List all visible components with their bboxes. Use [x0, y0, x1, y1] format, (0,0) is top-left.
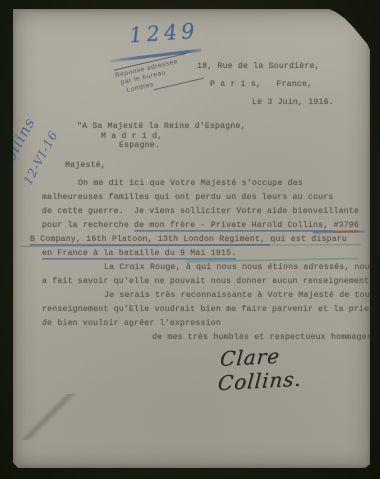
body-line: renseignement qu'Elle voudrait bien me f… — [42, 303, 354, 317]
body-segment: #3796 — [333, 221, 359, 230]
body-segment: de mon frère - Private Harold Collins, — [134, 221, 333, 230]
body-segment: 13th London Regiment, — [158, 235, 271, 244]
body-line: On me dit ici que Votre Majesté s'occupe… — [42, 177, 354, 191]
sender-address-line2: P a r i s, France, — [210, 80, 312, 89]
body-segment: 16th Platoon, — [86, 235, 158, 244]
body-segment: malheureuses familles qui ont perdu un d… — [42, 193, 333, 202]
recipient-line3: Espagne. — [119, 141, 160, 150]
letter-paper: 1249 Réponse adressée par le bureau Lond… — [13, 9, 370, 468]
recipient-line2: M a d r i d, — [101, 132, 162, 141]
body-segment: qui est disparu — [270, 235, 347, 244]
corner-crease — [13, 394, 83, 440]
sender-address-line1: 18, Rue de la Sourdière, — [197, 62, 320, 71]
letter-date: Le 3 Juin, 1916. — [252, 98, 334, 107]
body-segment: de bien vouloir agréer l'expression — [42, 319, 221, 328]
scan-backdrop: 1249 Réponse adressée par le bureau Lond… — [0, 0, 380, 479]
body-line: La Croix Rouge, à qui nous nous étions a… — [42, 261, 354, 275]
body-line: Je serais très reconnaissante à Votre Ma… — [42, 289, 354, 303]
body-line: pour la recherche de mon frère - Private… — [42, 219, 354, 233]
archive-number: 1249 — [128, 19, 199, 48]
body-line: de bien vouloir agréer l'expression — [42, 317, 354, 331]
body-segment: de cette guerre. Je viens solliciter Vot… — [42, 207, 359, 216]
body-line: malheureuses familles qui ont perdu un d… — [42, 191, 354, 205]
body-segment: Je serais très reconnaissante à Votre Ma… — [104, 291, 375, 300]
signature: Clare Collins. — [217, 339, 372, 395]
body-segment: a fait savoir qu'elle ne pouvait nous do… — [42, 277, 374, 286]
body-line: a fait savoir qu'elle ne pouvait nous do… — [42, 275, 354, 289]
body-line: de cette guerre. Je viens solliciter Vot… — [42, 205, 354, 219]
body-segment: renseignement qu'Elle voudrait bien me f… — [42, 305, 369, 314]
body-segment: On me dit ici que Votre Majesté s'occupe… — [78, 179, 303, 188]
recipient-line1: "A Sa Majesté la Reine d'Espagne, — [77, 122, 246, 131]
body-segment: pour la recherche — [42, 221, 134, 230]
body-segment: en France à la bataille du 9 Mai 1915. — [42, 249, 236, 258]
body-segment: La Croix Rouge, à qui nous nous étions a… — [104, 263, 375, 272]
salutation: Majesté, — [65, 161, 106, 170]
body-segment: B Company, — [30, 235, 86, 244]
